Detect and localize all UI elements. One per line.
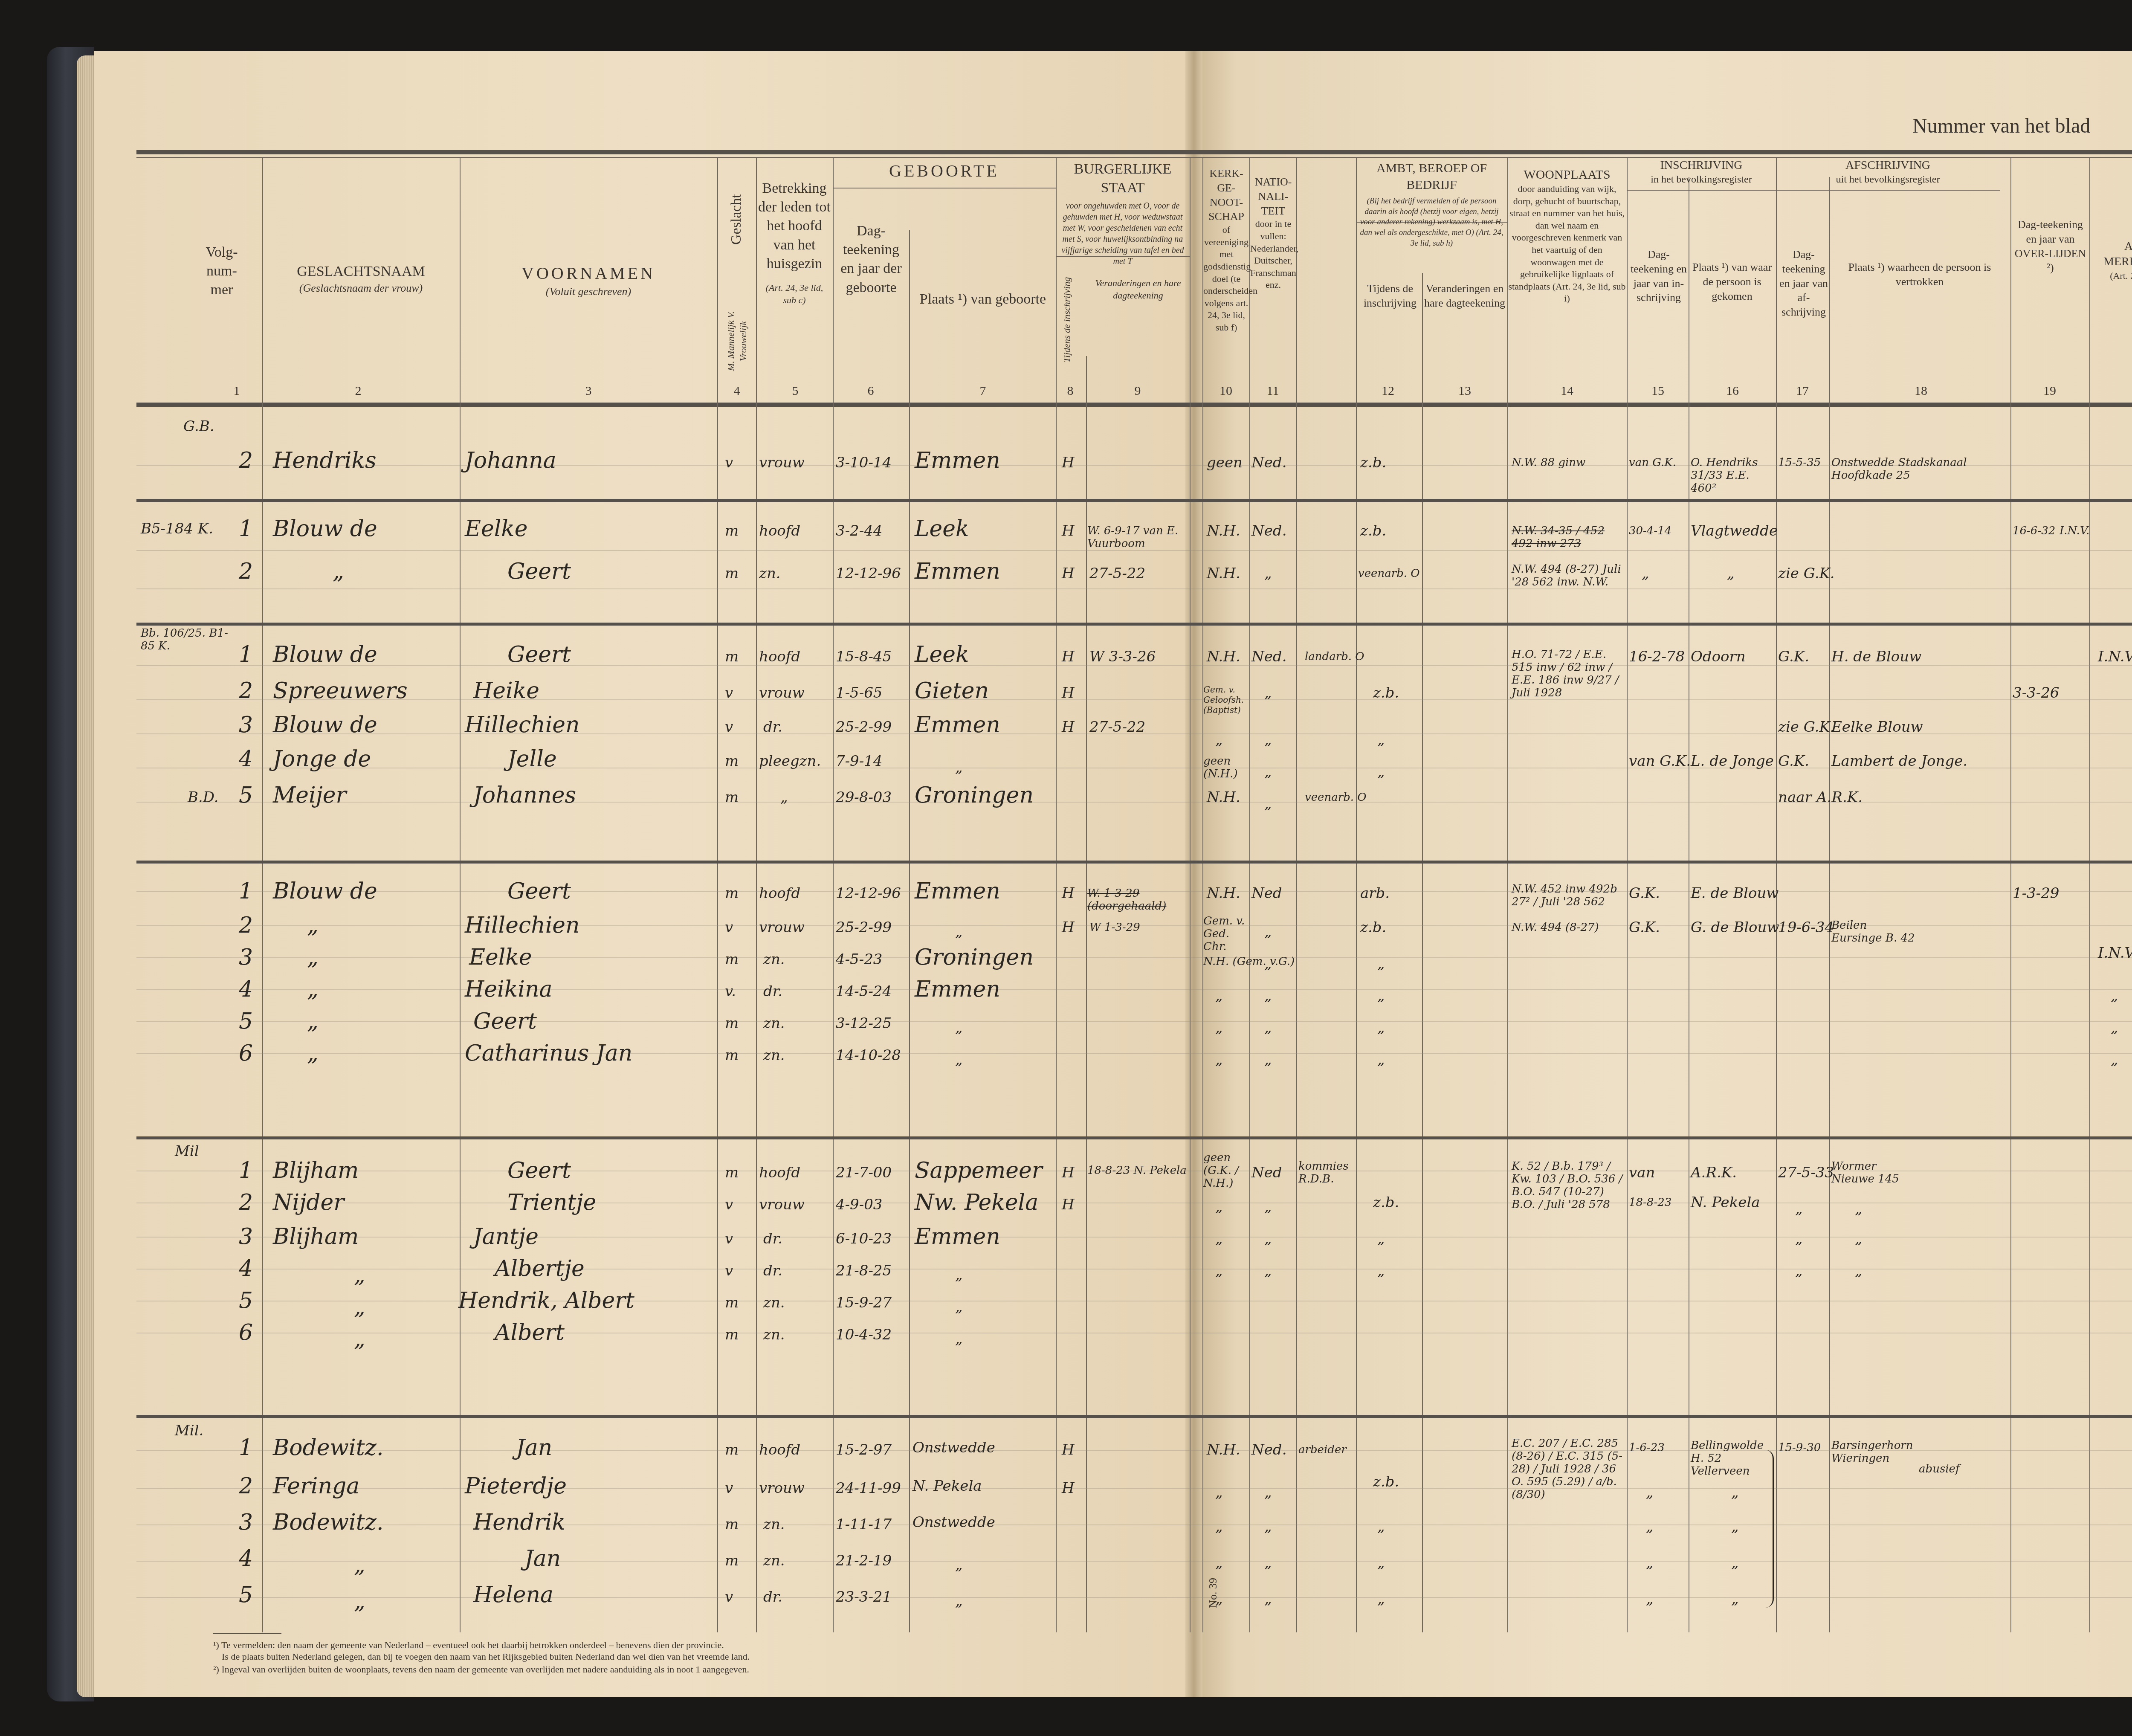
cell-nr: 3	[239, 945, 253, 970]
geboorte-group-rule	[833, 188, 1056, 188]
cell-church: Gem. v. Ged. Chr.	[1203, 915, 1249, 953]
cell-reg-date: van G.K.	[1629, 753, 1691, 770]
cell-nationality: Ned.	[1251, 1441, 1286, 1458]
col-divider	[460, 157, 461, 1632]
cell-civil: H	[1062, 684, 1075, 701]
cell-nr: 4	[239, 1546, 253, 1571]
header-afschr-dag: Dag-teekening en jaar van af-schrijving	[1778, 247, 1829, 319]
cell-sex: m	[725, 753, 739, 770]
cell-relation: hoofd	[759, 1164, 800, 1181]
cell-birth-place: Groningen	[915, 945, 1034, 970]
cell-birth-date: 4-9-03	[836, 1196, 883, 1213]
cell-occupation: „	[1377, 987, 1385, 1004]
cell-dereg-date: 15-5-35	[1778, 456, 1821, 469]
cell-nr: 2	[239, 1473, 253, 1499]
household-separator	[136, 861, 2132, 864]
cell-relation: zn.	[763, 1047, 785, 1064]
cell-nationality: „	[1264, 795, 1272, 812]
header-overlijden: Dag-teekening en jaar van OVER-LIJDEN ²)	[2011, 217, 2089, 275]
cell-church: „	[1215, 987, 1223, 1004]
cell-church: N.H. (Gem. v.G.)	[1203, 955, 1295, 968]
cell-nationality: „	[1264, 923, 1272, 940]
cell-nr: 5	[239, 783, 253, 808]
cell-church: N.H.	[1207, 885, 1240, 902]
cell-civil-change: W. 1-3-29 (doorgehaald)	[1087, 887, 1188, 913]
cell-sex: m	[725, 1441, 739, 1458]
cell-birth-date: 21-7-00	[836, 1164, 892, 1181]
footnote-rule	[213, 1633, 281, 1634]
cell-sex: m	[725, 1552, 739, 1569]
cell-reg-date: 30-4-14	[1629, 525, 1671, 537]
cell-death-note: „	[2111, 1019, 2118, 1036]
cell-sex: m	[725, 1294, 739, 1311]
cell-church: N.H.	[1207, 648, 1240, 665]
cell-given: Hendrik, Albert	[458, 1288, 634, 1313]
header-geboorte-dag: Dag-teekening en jaar der geboorte	[835, 222, 907, 297]
header-ambt-veranderingen: Veranderingen en hare dagteekening	[1424, 281, 1505, 310]
cell-nationality: „	[1264, 731, 1272, 748]
cell-surname: Bodewitz.	[273, 1435, 384, 1461]
cell-civil: H	[1062, 1441, 1075, 1458]
cell-nr: 4	[239, 1256, 253, 1281]
ruled-line	[136, 957, 2132, 958]
cell-reg-from: E. de Blouw	[1691, 885, 1779, 902]
margin-note: Mil	[175, 1143, 199, 1160]
cell-birth-date: 25-2-99	[836, 719, 892, 736]
cell-occupation: z.b.	[1373, 1473, 1399, 1490]
col-divider	[1056, 157, 1057, 1632]
cell-nationality: „	[1264, 684, 1272, 701]
cell-civil-change: 27-5-22	[1089, 565, 1145, 582]
cell-church: geen	[1207, 454, 1243, 471]
cell-surname: Blijham	[273, 1224, 359, 1249]
household-separator	[136, 1136, 2132, 1139]
cell-birth-date: 14-5-24	[836, 983, 892, 1000]
cell-nr: 2	[239, 559, 253, 584]
header-woonplaats: WOONPLAATS door aanduiding van wijk, dor…	[1508, 166, 1626, 305]
cell-birth-date: 21-8-25	[836, 1262, 892, 1279]
colnum: 13	[1456, 384, 1473, 398]
cell-civil: H	[1062, 1164, 1075, 1181]
header-burgerlijke-staat-sub: voor ongehuwden met O, voor de gehuwden …	[1057, 200, 1188, 267]
cell-occupation: „	[1377, 1518, 1385, 1535]
cell-occupation: „	[1377, 1591, 1385, 1608]
cell-sex: m	[725, 951, 739, 968]
cell-nationality: „	[1264, 1198, 1272, 1215]
cell-surname: „	[307, 1040, 319, 1066]
ruled-line	[136, 699, 2132, 700]
cell-dereg-to: „	[1855, 1200, 1863, 1217]
cell-surname: Hendriks	[273, 448, 377, 473]
cell-relation: hoofd	[759, 648, 800, 665]
header-nationaliteit: NATIO-NALI-TEIT door in te vullen: Neder…	[1250, 175, 1296, 291]
cell-surname: Blijham	[273, 1158, 359, 1183]
header-geslacht-sub: M. Mannelijk V. Vrouwelijk	[725, 299, 750, 384]
cell-church: geen (G.K. / N.H.)	[1203, 1151, 1249, 1190]
cell-dereg-date: G.K.	[1778, 753, 1809, 770]
cell-surname: „	[307, 977, 319, 1002]
cell-dereg-to: Wormer Nieuwe 145	[1831, 1160, 1917, 1185]
cell-civil-change: W 1-3-29	[1089, 921, 1140, 934]
cell-relation: zn.	[763, 1294, 785, 1311]
cell-given: Albertje	[495, 1256, 585, 1281]
margin-note: B5-184 K.	[141, 520, 213, 537]
ruled-line	[136, 1021, 2132, 1022]
cell-occupation: „	[1377, 1262, 1385, 1279]
cell-dereg-date: naar	[1778, 789, 1812, 806]
cell-nationality: Ned.	[1251, 522, 1286, 539]
cell-birth-place: Emmen	[915, 1224, 1000, 1249]
cell-birth-date: 21-2-19	[836, 1552, 892, 1569]
cell-reg-from: Odoorn	[1691, 648, 1746, 665]
cell-birth-place: Emmen	[915, 712, 1000, 738]
header-afschrijving: AFSCHRIJVING uit het bevolkingsregister	[1776, 158, 2000, 187]
col-divider	[909, 230, 910, 1632]
cell-relation: vrouw	[759, 684, 805, 701]
cell-civil-change: 27-5-22	[1089, 719, 1145, 736]
cell-birth-place: Emmen	[915, 878, 1000, 904]
cell-relation: zn.	[763, 1015, 785, 1032]
cell-surname: „	[307, 1009, 319, 1034]
cell-nr: 3	[239, 712, 253, 738]
ruled-line	[136, 989, 2132, 990]
cell-birth-place: „	[955, 1019, 963, 1036]
cell-given: Heike	[473, 678, 539, 704]
cell-reg-date: van	[1629, 1164, 1655, 1181]
cell-reg-from: L. de Jonge	[1691, 753, 1774, 770]
cell-nr: 3	[239, 1510, 253, 1535]
cell-occupation: z.b.	[1373, 684, 1399, 701]
cell-birth-date: 12-12-96	[836, 885, 901, 902]
ruled-line	[136, 1561, 2132, 1562]
cell-given: Geert	[507, 878, 571, 904]
cell-birth-place: „	[955, 1330, 963, 1348]
cell-given: Geert	[507, 642, 571, 667]
cell-birth-place: „	[955, 1266, 963, 1284]
cell-sex: m	[725, 1326, 739, 1343]
cell-residence: N.W. 34-35 / 452 492 inw 273	[1512, 525, 1627, 550]
margin-note: G.B.	[183, 418, 214, 435]
cell-birth-date: 15-9-27	[836, 1294, 892, 1311]
cell-birth-place: Onstwedde	[912, 1439, 995, 1456]
cell-sex: m	[725, 789, 739, 806]
cell-death: 3-3-26	[2013, 684, 2060, 701]
cell-civil: H	[1062, 1480, 1075, 1497]
cell-death-note: „	[2111, 987, 2118, 1004]
cell-birth-date: 1-5-65	[836, 684, 883, 701]
cell-church: „	[1215, 1554, 1223, 1571]
cell-residence: K. 52 / B.b. 179³ / Kw. 103 / B.O. 536 /…	[1512, 1160, 1627, 1211]
header-top-rule	[136, 150, 2132, 154]
cell-relation: dr.	[763, 983, 782, 1000]
cell-relation: zn.	[763, 1326, 785, 1343]
cell-birth-place: „	[955, 759, 963, 776]
cell-given: Hendrik	[473, 1510, 565, 1535]
ruled-line	[136, 1597, 2132, 1598]
cell-dereg-date: 19-6-34	[1778, 919, 1834, 936]
cell-residence: N.W. 452 inw 492b 27² / Juli '28 562	[1512, 883, 1627, 908]
margin-note: B.D.	[188, 789, 219, 806]
cell-dereg-to: H. de Blouw	[1831, 648, 1921, 665]
cell-surname: „	[307, 945, 319, 970]
cell-surname: „	[307, 913, 319, 938]
header-inschr-dag: Dag-teekening en jaar van in-schrijving	[1629, 247, 1689, 305]
cell-surname: „	[333, 559, 344, 584]
cell-surname: Blouw de	[273, 516, 377, 542]
cell-birth-place: „	[955, 923, 963, 940]
col-divider	[2010, 157, 2011, 1632]
cell-birth-place: „	[955, 1051, 963, 1068]
cell-nr: 5	[239, 1582, 253, 1608]
cell-relation: dr.	[763, 719, 782, 736]
cell-birth-date: 7-9-14	[836, 753, 883, 770]
cell-residence: H.O. 71-72 / E.E. 515 inw / 62 inw / E.E…	[1512, 648, 1627, 699]
cell-occupation: veenarb. O	[1305, 791, 1367, 804]
cell-nationality: „	[1264, 955, 1272, 972]
cell-sex: v	[725, 1588, 733, 1606]
cell-dereg-date: G.K.	[1778, 648, 1809, 665]
margin-note: Mil.	[175, 1422, 203, 1439]
header-burgerlijke-staat: BURGERLIJKE STAAT	[1057, 160, 1189, 197]
cell-nr: 2	[239, 913, 253, 938]
cell-relation: dr.	[763, 1230, 782, 1247]
cell-church: N.H.	[1207, 565, 1240, 582]
cell-nationality: „	[1264, 1484, 1272, 1501]
cell-nationality: Ned	[1251, 885, 1282, 902]
cell-occupation: „	[1377, 1051, 1385, 1068]
colnum: 14	[1558, 384, 1576, 398]
cell-nationality: „	[1264, 987, 1272, 1004]
household-separator	[136, 499, 2132, 502]
cell-church: „	[1215, 1484, 1223, 1501]
cell-sex: v	[725, 1230, 733, 1247]
cell-sex: m	[725, 1164, 739, 1181]
cell-given: Jelle	[507, 746, 557, 772]
cell-dereg-date: „	[1795, 1200, 1803, 1217]
header-geslacht: Geslacht	[727, 171, 748, 269]
cell-birth-place: Sappemeer	[915, 1158, 1043, 1183]
cell-dereg-to: Beilen Eursinge B. 42	[1831, 919, 1917, 945]
cell-occupation: „	[1377, 1019, 1385, 1036]
cell-reg-date: „	[1646, 1554, 1654, 1571]
cell-nationality: „	[1264, 1518, 1272, 1535]
cell-surname: Bodewitz.	[273, 1510, 384, 1535]
cell-relation: vrouw	[759, 454, 805, 471]
cell-sex: v	[725, 919, 733, 936]
cell-birth-date: 14-10-28	[836, 1047, 901, 1064]
col-divider	[1356, 157, 1357, 1632]
cell-nationality: „	[1264, 763, 1272, 780]
cell-given: Helena	[473, 1582, 553, 1608]
cell-civil: H	[1062, 1196, 1075, 1213]
household-separator	[136, 623, 2132, 626]
col-divider	[1202, 157, 1203, 1632]
colnum: 6	[862, 384, 879, 398]
cell-birth-date: 23-3-21	[836, 1588, 892, 1606]
header-inschrijving: INSCHRIJVING in het bevolkingsregister	[1627, 158, 1776, 187]
col-divider	[833, 157, 834, 1632]
col-divider	[1249, 157, 1250, 1632]
cell-birth-date: 3-10-14	[836, 454, 892, 471]
cell-surname: Blouw de	[273, 878, 377, 904]
cell-given: Eelke	[469, 945, 532, 970]
header-geslachtsnaam: GESLACHTSNAAM (Geslachtsnaam der vrouw)	[262, 262, 460, 296]
colnum: 7	[974, 384, 991, 398]
cell-church: „	[1215, 1230, 1223, 1247]
cell-birth-date: 4-5-23	[836, 951, 883, 968]
cell-sex: m	[725, 522, 739, 539]
cell-birth-date: 6-10-23	[836, 1230, 892, 1247]
cell-dereg-date: 15-9-30	[1778, 1441, 1821, 1454]
cell-death-note: I.N.V.	[2098, 648, 2132, 665]
sheet-number-label: Nummer van het blad	[1912, 114, 2090, 138]
col-divider	[756, 157, 757, 1632]
header-kerkgenootschap: KERK-GE-NOOT-SCHAP of vereeniging met go…	[1203, 166, 1249, 334]
cell-nationality: Ned.	[1251, 648, 1286, 665]
col-divider	[1190, 157, 1191, 1632]
cell-reg-date: 18-8-23	[1629, 1196, 1671, 1209]
cell-given: Geert	[473, 1009, 537, 1034]
cell-relation: vrouw	[759, 1196, 805, 1213]
cell-sex: v	[725, 684, 733, 701]
ruled-line	[136, 1301, 2132, 1301]
cell-given: Albert	[495, 1320, 565, 1345]
cell-birth-date: 12-12-96	[836, 565, 901, 582]
cell-reg-from: „	[1731, 1591, 1739, 1608]
cell-given: Heikina	[465, 977, 552, 1002]
cell-dereg-to: „	[1855, 1262, 1863, 1279]
cell-given: Jantje	[473, 1224, 539, 1249]
cell-nr: 4	[239, 977, 253, 1002]
cell-sex: v	[725, 1262, 733, 1279]
cell-occupation: arbeider	[1298, 1443, 1347, 1456]
cell-nationality: „	[1264, 1591, 1272, 1608]
header-inschr-plaats: Plaats ¹) van waar de persoon is gekomen	[1689, 260, 1775, 303]
cell-death-note: I.N.V.	[2060, 525, 2089, 537]
cell-civil: H	[1062, 565, 1075, 582]
cell-given: Trientje	[507, 1190, 596, 1215]
cell-birth-place: Gieten	[915, 678, 989, 704]
header-bs-tijdens: Tijdens de inschrijving	[1061, 273, 1082, 367]
cell-reg-from: G. de Blouw	[1691, 919, 1779, 936]
cell-civil: H	[1062, 648, 1075, 665]
col-divider	[717, 157, 718, 1632]
cell-given: Pieterdje	[465, 1473, 567, 1499]
colnum: 19	[2041, 384, 2058, 398]
grouping-brace	[1765, 1450, 1774, 1608]
col-divider	[1086, 356, 1087, 1632]
cell-given: Jan	[516, 1435, 552, 1461]
cell-occupation: arb.	[1360, 885, 1390, 902]
colnum: 15	[1649, 384, 1666, 398]
cell-occupation: „	[1377, 955, 1385, 972]
cell-surname: Nijder	[273, 1190, 344, 1215]
cell-church: „	[1215, 731, 1223, 748]
colnum: 3	[580, 384, 597, 398]
cell-birth-date: 15-8-45	[836, 648, 892, 665]
footnote-2: ²) Ingeval van overlijden buiten de woon…	[213, 1664, 1194, 1675]
cell-birth-place: Emmen	[915, 559, 1000, 584]
cell-given: Geert	[507, 1158, 571, 1183]
cell-birth-place: Onstwedde	[912, 1514, 995, 1531]
cell-civil: H	[1062, 885, 1075, 902]
cell-church: geen (N.H.)	[1203, 755, 1249, 780]
cell-surname: „	[354, 1552, 365, 1578]
cell-reg-from: O. Hendriks 31/33 E.E. 460²	[1691, 456, 1774, 495]
footnote-1: ¹) Te vermelden: den naam der gemeente v…	[213, 1640, 1194, 1651]
header-afschr-plaats: Plaats ¹) waarheen de persoon is vertrok…	[1830, 260, 2009, 289]
col-divider	[1689, 177, 1689, 1632]
cell-reg-date: van G.K.	[1629, 456, 1676, 469]
cell-birth-date: 10-4-32	[836, 1326, 892, 1343]
cell-surname: Blouw de	[273, 712, 377, 738]
cell-relation: hoofd	[759, 885, 800, 902]
cell-birth-date: 29-8-03	[836, 789, 892, 806]
cell-occupation: „	[1377, 1554, 1385, 1571]
cell-occupation: kommies R.D.B.	[1298, 1160, 1356, 1185]
cell-nr: 5	[239, 1009, 253, 1034]
cell-reg-date: „	[1646, 1484, 1654, 1501]
cell-residence: E.C. 207 / E.C. 285 (8-26) / E.C. 315 (5…	[1512, 1437, 1627, 1501]
cell-birth-date: 1-11-17	[836, 1516, 892, 1533]
header-bottom-rule	[136, 403, 2132, 407]
cell-birth-date: 25-2-99	[836, 919, 892, 936]
cell-surname: „	[354, 1294, 365, 1320]
cell-dereg-date: „	[1795, 1230, 1803, 1247]
cell-birth-place: Leek	[915, 516, 969, 542]
cell-sex: v.	[725, 983, 736, 1000]
cell-given: Eelke	[465, 516, 528, 542]
cell-birth-place: N. Pekela	[912, 1478, 982, 1495]
cell-given: Hillechien	[465, 712, 580, 738]
colnum: 11	[1264, 384, 1281, 398]
cell-dereg-date: 27-5-33	[1778, 1164, 1834, 1181]
cell-sex: m	[725, 648, 739, 665]
header-aanmerkingen: AAN-MERKINGEN (Art. 24, 5e lid)	[2090, 239, 2132, 282]
cell-nationality: „	[1264, 1262, 1272, 1279]
cell-reg-from: Vlagtwedde	[1691, 522, 1778, 539]
cell-civil-change: W 3-3-26	[1089, 648, 1156, 665]
cell-birth-date: 3-12-25	[836, 1015, 892, 1032]
cell-reg-from: A.R.K.	[1691, 1164, 1737, 1181]
cell-occupation: „	[1377, 763, 1385, 780]
cell-relation: zn.	[763, 951, 785, 968]
cell-civil-change: 18-8-23 N. Pekela	[1087, 1164, 1188, 1177]
cell-surname: „	[354, 1588, 365, 1614]
cell-reg-from: „	[1727, 565, 1735, 582]
colnum: 1	[228, 384, 245, 398]
cell-church: „	[1215, 1518, 1223, 1535]
cell-occupation: z.b.	[1373, 1194, 1399, 1211]
cell-given: Johanna	[465, 448, 556, 473]
cell-nr: 2	[239, 678, 253, 704]
afschrijving-group-rule	[1776, 190, 2000, 191]
colnum: 12	[1379, 384, 1396, 398]
colnum: 18	[1912, 384, 1929, 398]
header-ambt-sub: (Bij het bedrijf vermelden of de persoon…	[1358, 196, 1505, 249]
cell-nationality: Ned	[1251, 1164, 1282, 1181]
cell-surname: Jonge de	[273, 746, 371, 772]
cell-residence: N.W. 494 (8-27)	[1512, 921, 1599, 934]
cell-reg-date: 1-6-23	[1629, 1441, 1665, 1454]
col-divider	[1507, 157, 1508, 1632]
header-volgnummer: Volg-num-mer	[188, 243, 256, 300]
cell-reg-from: Bellingwolde H. 52 Vellerveen	[1691, 1439, 1776, 1478]
cell-death-note: I.N.V.	[2098, 945, 2132, 962]
cell-surname: Feringa	[273, 1473, 359, 1499]
cell-occupation: z.b.	[1360, 919, 1386, 936]
cell-civil: H	[1062, 454, 1075, 471]
